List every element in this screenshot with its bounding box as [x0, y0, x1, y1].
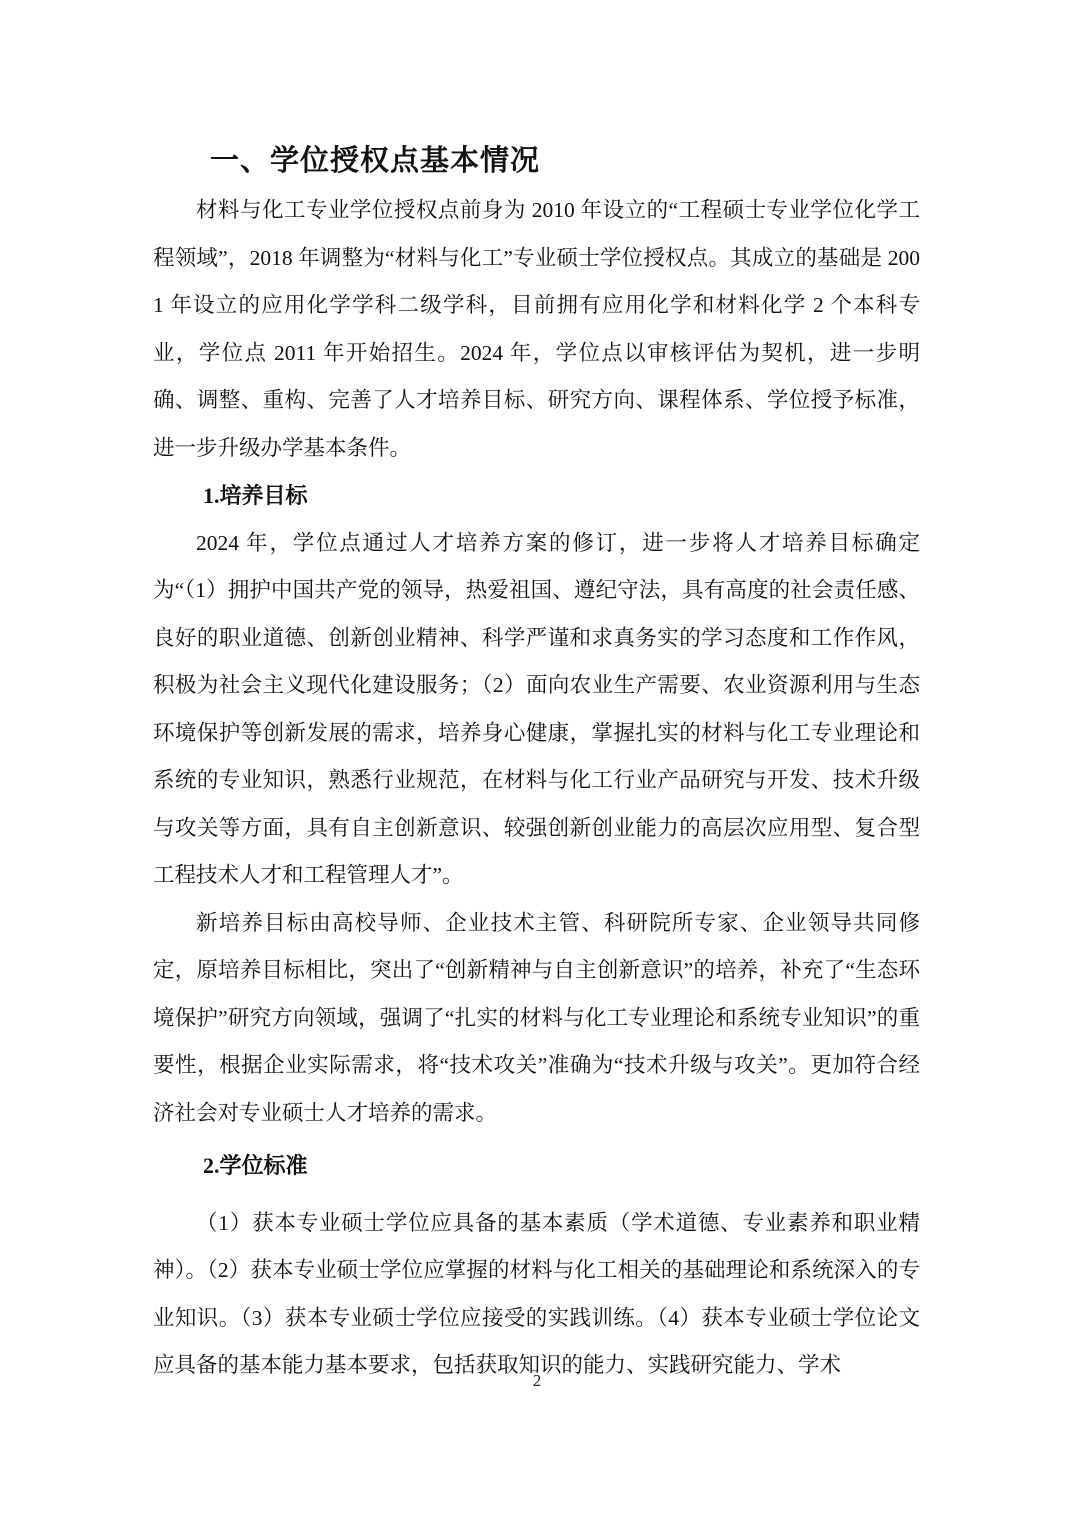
paragraph-degree-standard: （1）获本专业硕士学位应具备的基本素质（学术道德、专业素养和职业精神）。（2）获… [153, 1200, 920, 1390]
paragraph-goal-revision: 新培养目标由高校导师、企业技术主管、科研院所专家、企业领导共同修定，原培养目标相… [153, 900, 920, 1138]
heading-training-goal: 1.培养目标 [153, 472, 920, 520]
document-body: 一、学位授权点基本情况 材料与化工专业学位授权点前身为 2010 年设立的“工程… [153, 0, 920, 1390]
paragraph-overview: 材料与化工专业学位授权点前身为 2010 年设立的“工程硕士专业学位化学工程领域… [153, 187, 920, 472]
heading-degree-standard: 2.学位标准 [153, 1142, 920, 1190]
page-number: 2 [0, 1368, 1074, 1394]
document-page: 一、学位授权点基本情况 材料与化工专业学位授权点前身为 2010 年设立的“工程… [0, 0, 1074, 1520]
paragraph-training-goal: 2024 年，学位点通过人才培养方案的修订，进一步将人才培养目标确定为“（1）拥… [153, 520, 920, 900]
section-title: 一、学位授权点基本情况 [153, 143, 920, 179]
